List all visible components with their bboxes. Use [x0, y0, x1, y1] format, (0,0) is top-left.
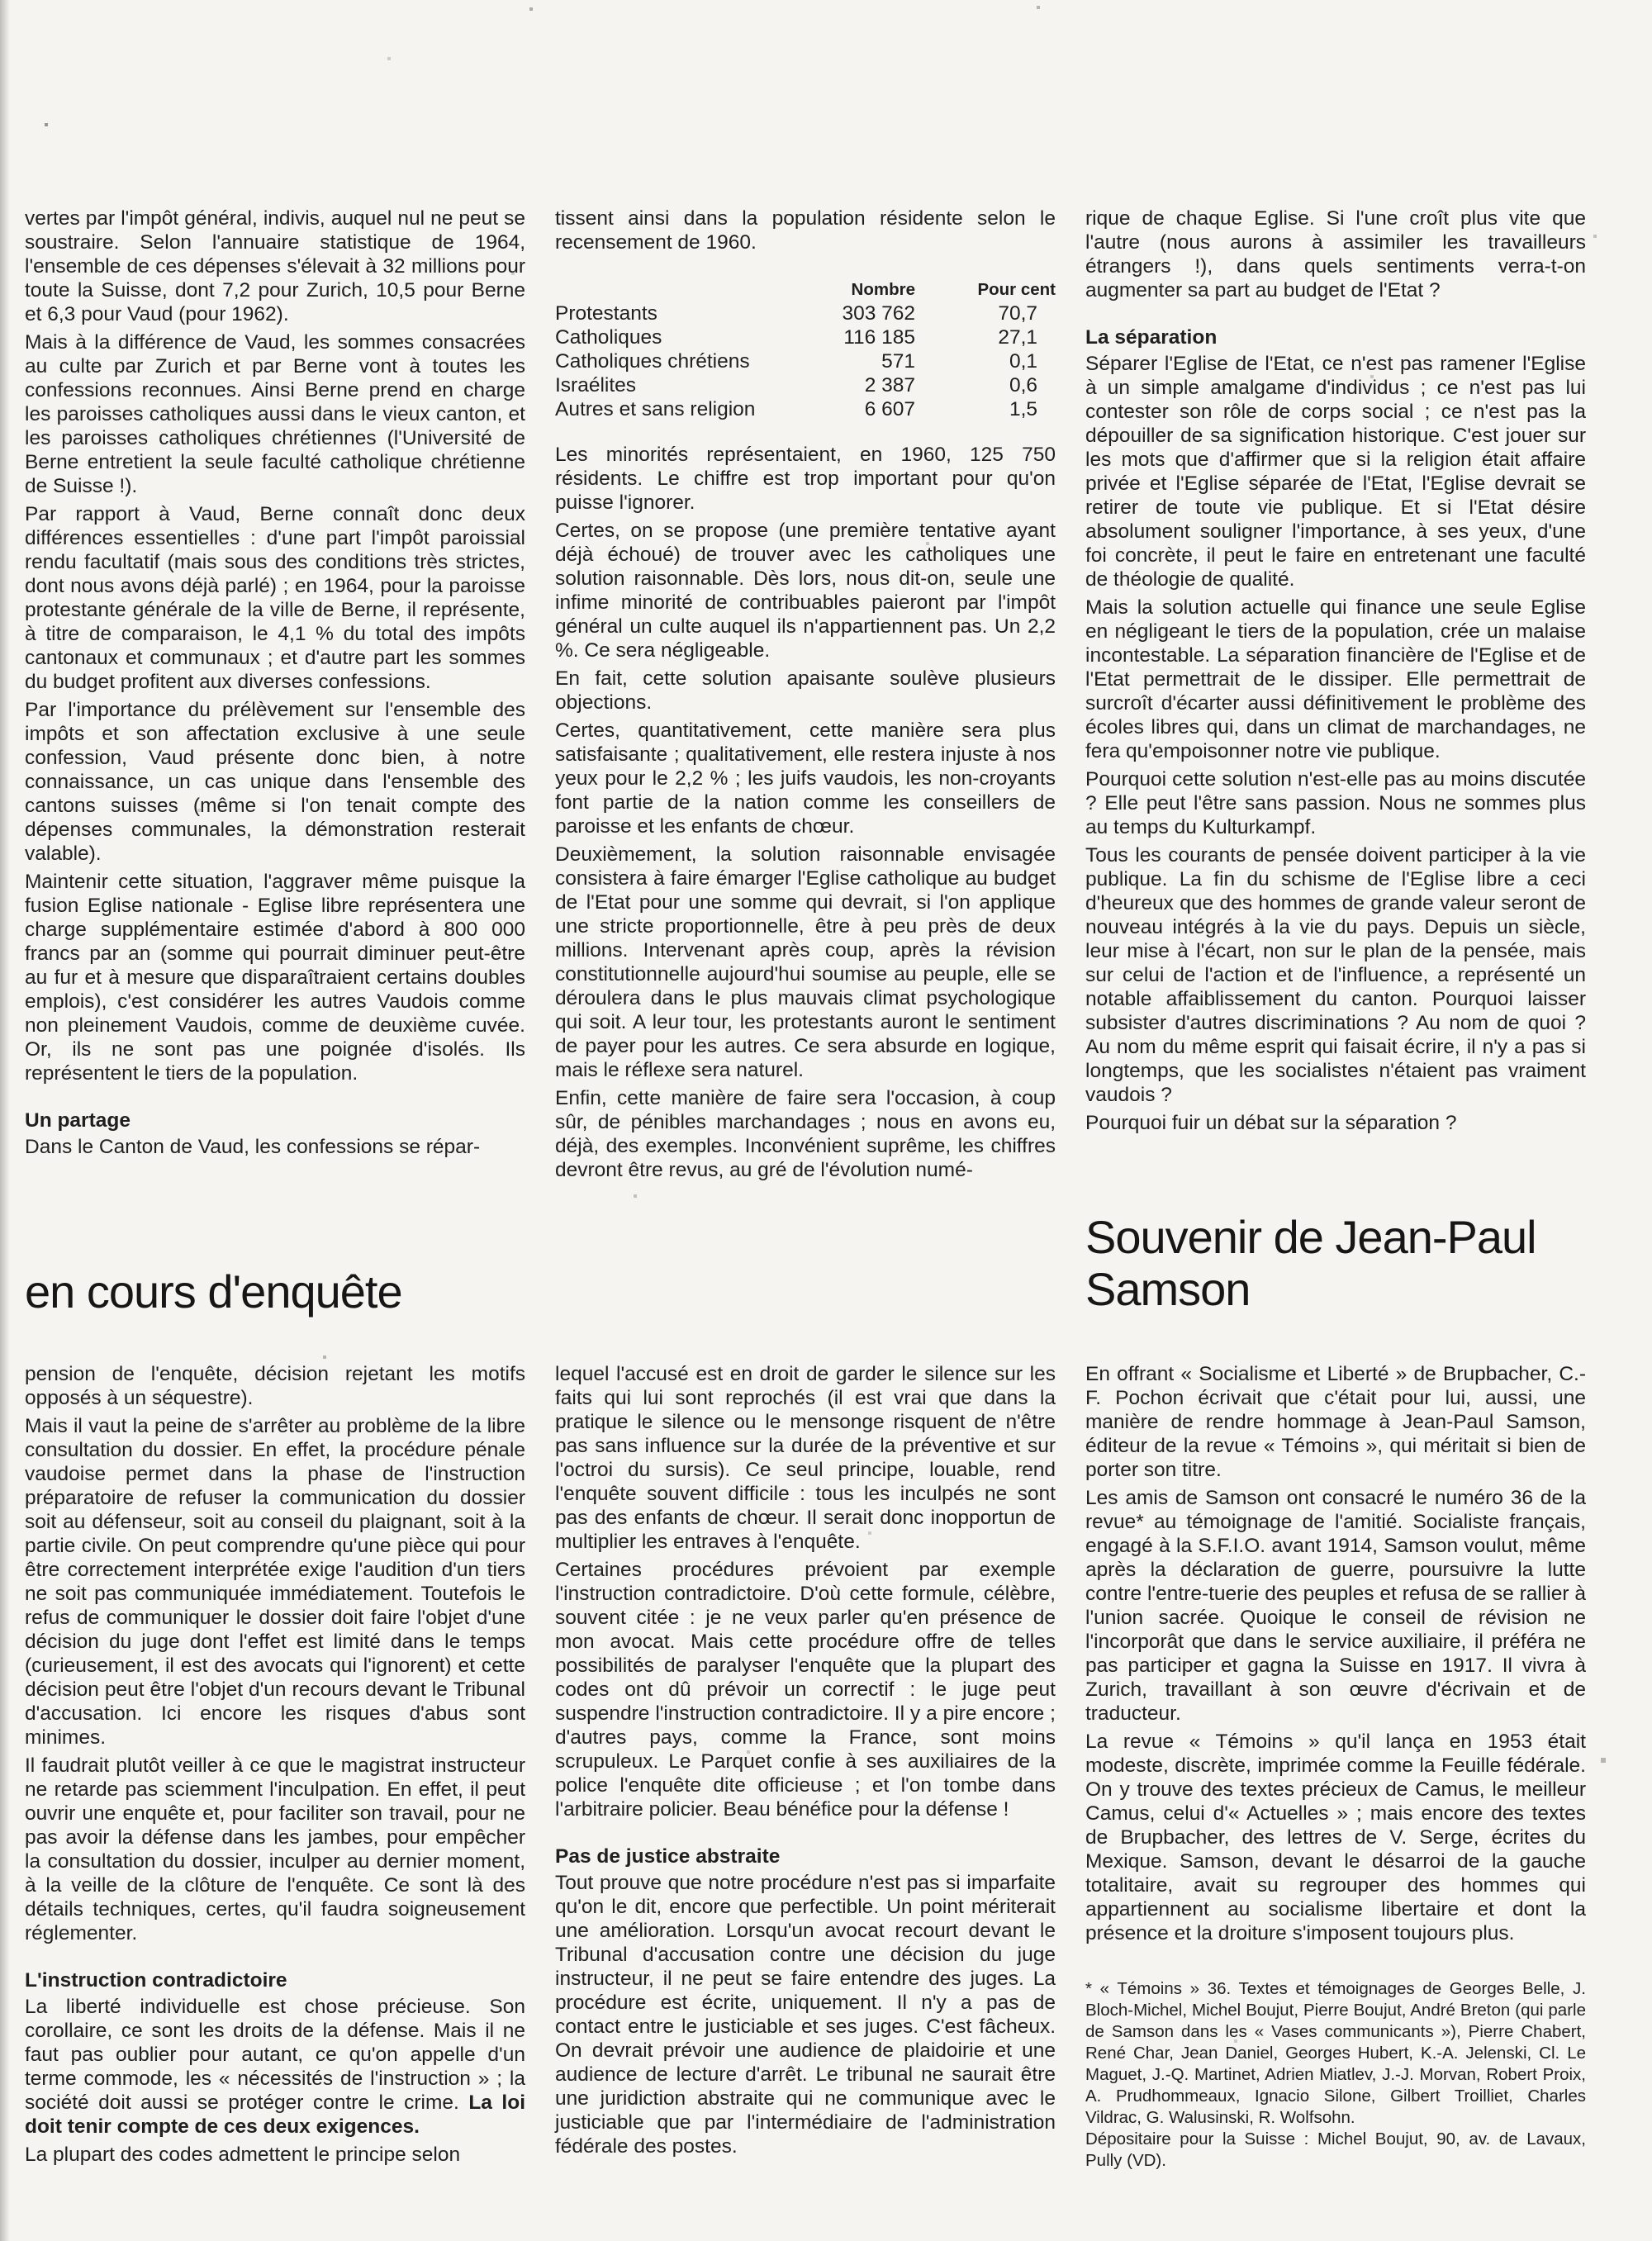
paragraph: Deuxièmement, la solution raisonnable en…	[555, 843, 1056, 1082]
table-row: Israélites 2 387 0,6	[555, 373, 1056, 397]
paragraph: pension de l'enquête, décision rejetant …	[25, 1362, 525, 1410]
paragraph: Enfin, cette manière de faire sera l'occ…	[555, 1086, 1056, 1182]
table-row: Protestants 303 762 70,7	[555, 301, 1056, 325]
row-label: Autres et sans religion	[555, 397, 800, 421]
paragraph: Mais la solution actuelle qui finance un…	[1085, 596, 1586, 763]
row-label: Catholiques chrétiens	[555, 349, 800, 373]
paragraph: La revue « Témoins » qu'il lança en 1953…	[1085, 1730, 1586, 1945]
confessions-article-column-3: rique de chaque Eglise. Si l'une croît p…	[1085, 207, 1586, 1139]
row-nombre: 116 185	[800, 325, 915, 349]
confessions-article-column-1: vertes par l'impôt général, indivis, auq…	[25, 207, 525, 1163]
subhead-la-separation: La séparation	[1085, 325, 1586, 349]
paragraph: tissent ainsi dans la population résiden…	[555, 207, 1056, 254]
subhead-pas-de-justice-abstraite: Pas de justice abstraite	[555, 1845, 1056, 1868]
row-label: Israélites	[555, 373, 800, 397]
newspaper-page-scan: vertes par l'impôt général, indivis, auq…	[0, 0, 1652, 2241]
table-header-nombre: Nombre	[800, 278, 915, 301]
paragraph: Séparer l'Eglise de l'Etat, ce n'est pas…	[1085, 352, 1586, 591]
paragraph-text: La liberté individuelle est chose précie…	[25, 1996, 525, 2114]
headline-line: Samson	[1085, 1263, 1250, 1315]
table-header-spacer	[555, 278, 800, 301]
table-header-pour-cent: Pour cent	[915, 278, 1056, 301]
samson-article-column-3: En offrant « Socialisme et Liberté » de …	[1085, 1362, 1586, 2172]
row-label: Protestants	[555, 301, 800, 325]
footnote-text: * « Témoins » 36. Textes et témoignages …	[1085, 1978, 1586, 2129]
subhead-un-partage: Un partage	[25, 1109, 525, 1132]
row-nombre: 303 762	[800, 301, 915, 325]
paragraph-with-bold-ending: La liberté individuelle est chose précie…	[25, 1995, 525, 2139]
paragraph: Les minorités représentaient, en 1960, 1…	[555, 443, 1056, 515]
table-row: Autres et sans religion 6 607 1,5	[555, 397, 1056, 421]
headline-line: Souvenir de Jean-Paul	[1085, 1211, 1536, 1263]
footnote-depositaire: Dépositaire pour la Suisse : Michel Bouj…	[1085, 2129, 1586, 2172]
row-pour-cent: 70,7	[915, 301, 1056, 325]
table-header-row: Nombre Pour cent	[555, 278, 1056, 301]
religions-census-table: Nombre Pour cent Protestants 303 762 70,…	[555, 278, 1056, 421]
row-pour-cent: 27,1	[915, 325, 1056, 349]
paragraph: Certes, on se propose (une première tent…	[555, 519, 1056, 662]
paragraph: rique de chaque Eglise. Si l'une croît p…	[1085, 207, 1586, 302]
row-pour-cent: 0,1	[915, 349, 1056, 373]
table-row: Catholiques chrétiens 571 0,1	[555, 349, 1056, 373]
subhead-instruction-contradictoire: L'instruction contradictoire	[25, 1968, 525, 1992]
row-nombre: 2 387	[800, 373, 915, 397]
enquete-article-column-2: lequel l'accusé est en droit de garder l…	[555, 1362, 1056, 2163]
scan-speck-artifacts	[0, 0, 2, 2]
row-label: Catholiques	[555, 325, 800, 349]
paragraph: Pourquoi fuir un débat sur la séparation…	[1085, 1111, 1586, 1135]
paragraph: Dans le Canton de Vaud, les confessions …	[25, 1135, 525, 1159]
paragraph: En offrant « Socialisme et Liberté » de …	[1085, 1362, 1586, 1482]
headline-souvenir-jean-paul-samson: Souvenir de Jean-PaulSamson	[1085, 1211, 1586, 1315]
paragraph: Tout prouve que notre procédure n'est pa…	[555, 1871, 1056, 2158]
row-pour-cent: 0,6	[915, 373, 1056, 397]
footnote-temoins-36: * « Témoins » 36. Textes et témoignages …	[1085, 1978, 1586, 2172]
paragraph: Certaines procédures prévoient par exemp…	[555, 1558, 1056, 1821]
row-pour-cent: 1,5	[915, 397, 1056, 421]
paragraph: Par l'importance du prélèvement sur l'en…	[25, 698, 525, 866]
paragraph: Il faudrait plutôt veiller à ce que le m…	[25, 1754, 525, 1945]
scan-edge-artifact	[0, 0, 10, 2241]
paragraph: Mais à la différence de Vaud, les sommes…	[25, 330, 525, 498]
paragraph: lequel l'accusé est en droit de garder l…	[555, 1362, 1056, 1554]
paragraph: vertes par l'impôt général, indivis, auq…	[25, 207, 525, 326]
paragraph: Les amis de Samson ont consacré le numér…	[1085, 1486, 1586, 1726]
row-nombre: 6 607	[800, 397, 915, 421]
headline-en-cours-denquete: en cours d'enquête	[25, 1265, 402, 1318]
row-nombre: 571	[800, 349, 915, 373]
paragraph: Pourquoi cette solution n'est-elle pas a…	[1085, 767, 1586, 839]
paragraph: Tous les courants de pensée doivent part…	[1085, 843, 1586, 1107]
confessions-article-column-2: tissent ainsi dans la population résiden…	[555, 207, 1056, 1186]
enquete-article-column-1: pension de l'enquête, décision rejetant …	[25, 1362, 525, 2171]
paragraph: Mais il vaut la peine de s'arrêter au pr…	[25, 1414, 525, 1750]
paragraph: La plupart des codes admettent le princi…	[25, 2143, 525, 2167]
paragraph: Certes, quantitativement, cette manière …	[555, 719, 1056, 838]
paragraph: Maintenir cette situation, l'aggraver mê…	[25, 870, 525, 1085]
table-row: Catholiques 116 185 27,1	[555, 325, 1056, 349]
paragraph: Par rapport à Vaud, Berne connaît donc d…	[25, 502, 525, 694]
paragraph: En fait, cette solution apaisante soulèv…	[555, 667, 1056, 715]
